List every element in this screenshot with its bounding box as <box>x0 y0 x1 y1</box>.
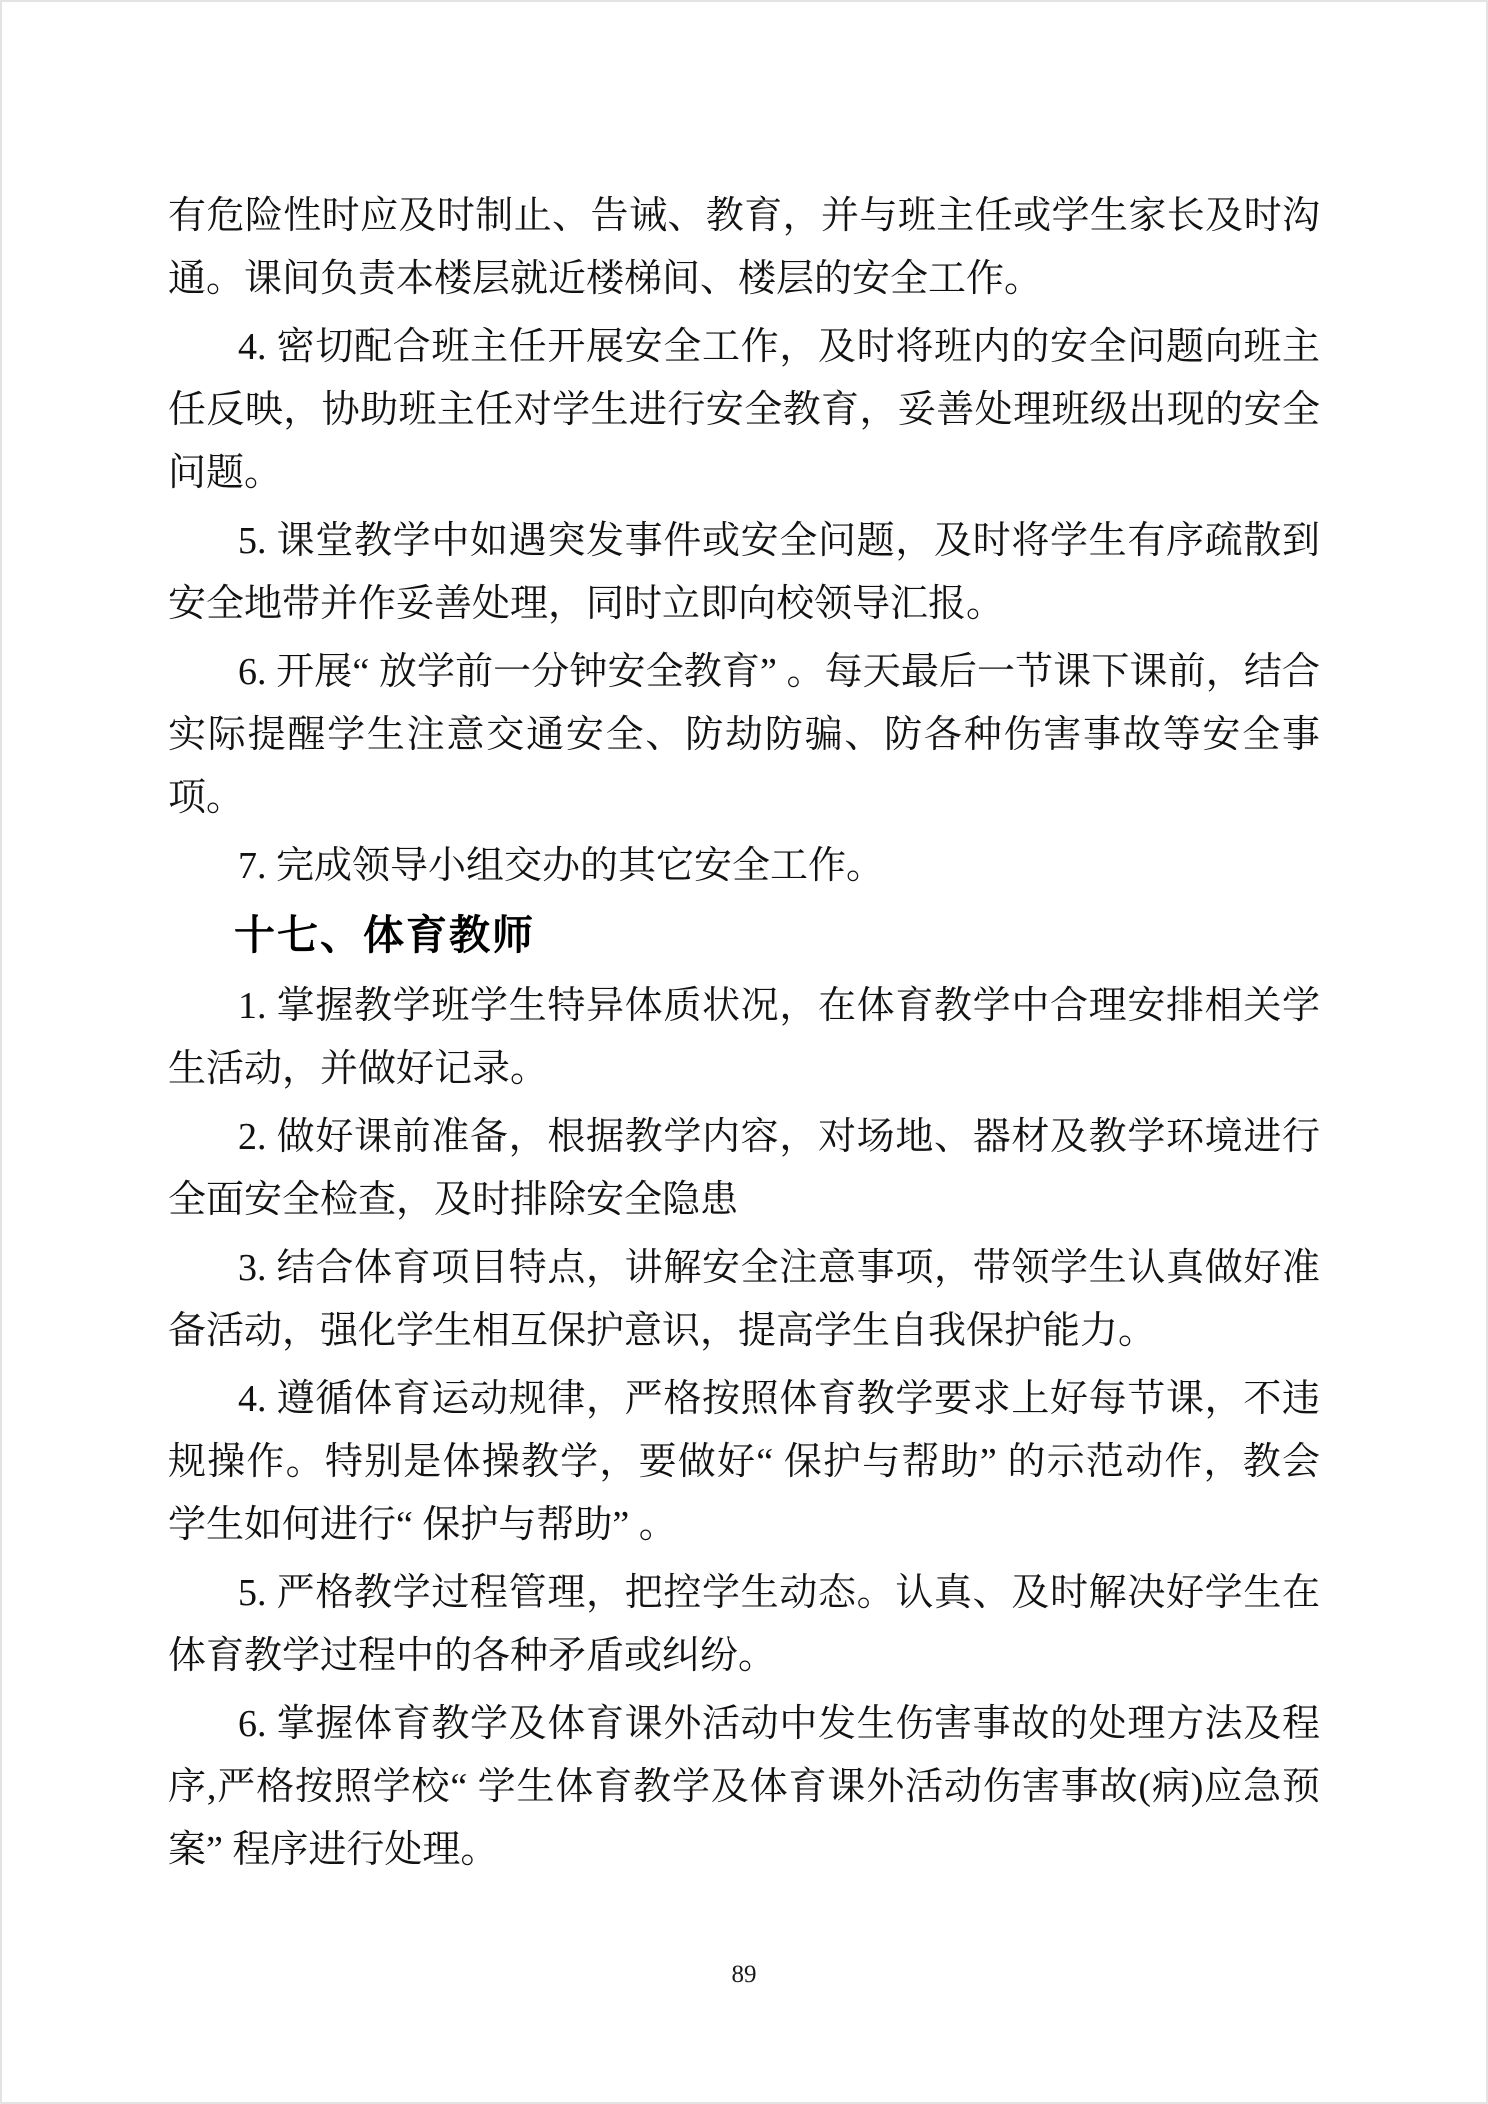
paragraph: 2. 做好课前准备，根据教学内容，对场地、器材及教学环境进行全面安全检查，及时排… <box>168 1106 1320 1232</box>
paragraph: 1. 掌握教学班学生特异体质状况，在体育教学中合理安排相关学生活动，并做好记录。 <box>168 975 1320 1101</box>
paragraph: 4. 遵循体育运动规律，严格按照体育教学要求上好每节课，不违规操作。特别是体操教… <box>168 1368 1320 1557</box>
paragraph: 3. 结合体育项目特点，讲解安全注意事项，带领学生认真做好准备活动，强化学生相互… <box>168 1237 1320 1363</box>
document-content: 有危险性时应及时制止、告诫、教育，并与班主任或学生家长及时沟通。课间负责本楼层就… <box>168 185 1320 1887</box>
section-heading: 十七、体育教师 <box>168 904 1320 967</box>
paragraph: 6. 开展“ 放学前一分钟安全教育” 。每天最后一节课下课前，结合实际提醒学生注… <box>168 641 1320 830</box>
paragraph: 5. 严格教学过程管理，把控学生动态。认真、及时解决好学生在体育教学过程中的各种… <box>168 1562 1320 1688</box>
document-page: 有危险性时应及时制止、告诫、教育，并与班主任或学生家长及时沟通。课间负责本楼层就… <box>0 0 1488 2104</box>
paragraph: 7. 完成领导小组交办的其它安全工作。 <box>168 835 1320 898</box>
paragraph: 4. 密切配合班主任开展安全工作，及时将班内的安全问题向班主任反映，协助班主任对… <box>168 316 1320 505</box>
page-number: 89 <box>2 1960 1486 1990</box>
paragraph: 有危险性时应及时制止、告诫、教育，并与班主任或学生家长及时沟通。课间负责本楼层就… <box>168 185 1320 311</box>
paragraph: 5. 课堂教学中如遇突发事件或安全问题，及时将学生有序疏散到安全地带并作妥善处理… <box>168 510 1320 636</box>
paragraph: 6. 掌握体育教学及体育课外活动中发生伤害事故的处理方法及程序,严格按照学校“ … <box>168 1693 1320 1882</box>
